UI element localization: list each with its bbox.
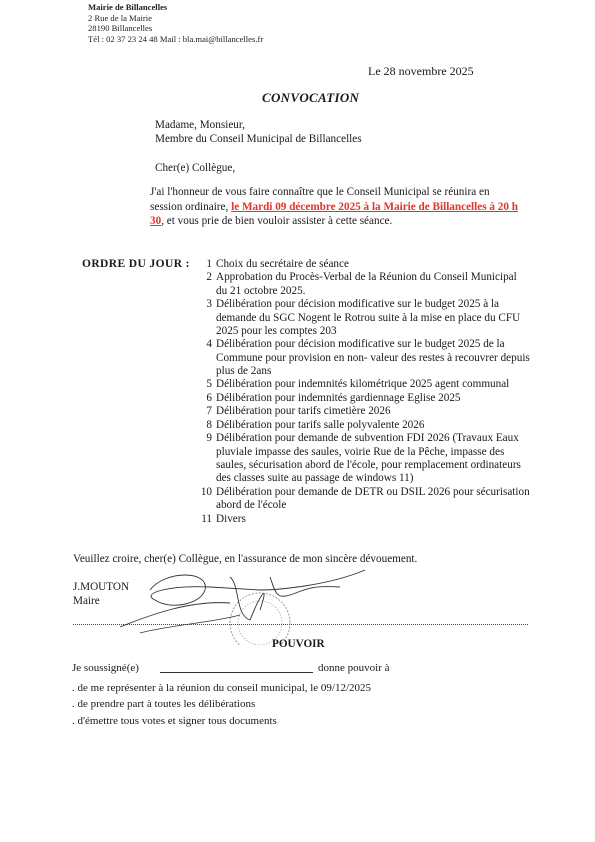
pouvoir-title: POUVOIR (272, 638, 325, 650)
document-title: CONVOCATION (262, 90, 359, 106)
signature-stamp-icon (110, 565, 370, 645)
pouvoir-bullet: . de me représenter à la réunion du cons… (72, 681, 371, 696)
salutation: Madame, Monsieur, Membre du Conseil Muni… (155, 118, 362, 146)
agenda-item-number: 8 (200, 419, 212, 432)
pouvoir-bullet-text: de prendre part à toutes les délibératio… (78, 698, 256, 710)
agenda-item-number: 2 (200, 271, 212, 298)
agenda-label: ORDRE DU JOUR : (82, 258, 190, 270)
agenda-item: 9Délibération pour demande de subvention… (200, 432, 530, 485)
name-blank-line[interactable] (160, 672, 313, 673)
letterhead-line: 2 Rue de la Mairie (88, 13, 263, 24)
agenda-item-number: 6 (200, 392, 212, 405)
pouvoir-bullet-text: de me représenter à la réunion du consei… (78, 682, 372, 694)
pouvoir-bullet: . de prendre part à toutes les délibérat… (72, 697, 371, 712)
agenda-item-text: Délibération pour décision modificative … (216, 298, 530, 338)
agenda-item: 1Choix du secrétaire de séance (200, 258, 530, 271)
agenda-item-number: 7 (200, 405, 212, 418)
agenda-item-number: 10 (200, 486, 212, 513)
agenda-item-text: Choix du secrétaire de séance (216, 258, 530, 271)
agenda-item-text: Délibération pour décision modificative … (216, 338, 530, 378)
agenda-item-text: Délibération pour tarifs cimetière 2026 (216, 405, 530, 418)
pouvoir-bullets: . de me représenter à la réunion du cons… (72, 681, 371, 730)
agenda-item-text: Délibération pour demande de DETR ou DSI… (216, 486, 530, 513)
agenda-item: 7Délibération pour tarifs cimetière 2026 (200, 405, 530, 418)
convocation-paragraph: J'ai l'honneur de vous faire connaître q… (150, 185, 520, 229)
agenda-item-number: 9 (200, 432, 212, 485)
pouvoir-bullet-text: d'émettre tous votes et signer tous docu… (78, 715, 277, 727)
agenda-item: 6Délibération pour indemnités gardiennag… (200, 392, 530, 405)
salutation-line: Madame, Monsieur, (155, 118, 362, 132)
agenda-item: 11Divers (200, 513, 530, 526)
agenda-item: 8Délibération pour tarifs salle polyvale… (200, 419, 530, 432)
pouvoir-donne: donne pouvoir à (318, 662, 389, 674)
agenda-item-number: 4 (200, 338, 212, 378)
letter-date: Le 28 novembre 2025 (368, 64, 474, 79)
closing-formula: Veuillez croire, cher(e) Collègue, en l'… (73, 553, 417, 565)
agenda-item-number: 3 (200, 298, 212, 338)
letterhead-line: Mairie de Billancelles (88, 2, 263, 13)
separator-dotted (73, 624, 528, 625)
letterhead-line: Tél : 02 37 23 24 48 Mail : bla.mai@bill… (88, 34, 263, 45)
paragraph-text: , et vous prie de bien vouloir assister … (161, 215, 392, 227)
agenda-item-text: Délibération pour demande de subvention … (216, 432, 530, 485)
agenda-item-number: 5 (200, 378, 212, 391)
agenda-item-number: 11 (200, 513, 212, 526)
letterhead-line: 28190 Billancelles (88, 23, 263, 34)
agenda-item-text: Approbation du Procès-Verbal de la Réuni… (216, 271, 530, 298)
agenda-item: 3Délibération pour décision modificative… (200, 298, 530, 338)
agenda-item-text: Délibération pour indemnités kilométriqu… (216, 378, 530, 391)
greeting: Cher(e) Collègue, (155, 162, 235, 174)
agenda-item-text: Délibération pour tarifs salle polyvalen… (216, 419, 530, 432)
letterhead: Mairie de Billancelles 2 Rue de la Mairi… (88, 2, 263, 44)
agenda-item: 2Approbation du Procès-Verbal de la Réun… (200, 271, 530, 298)
agenda-item: 5Délibération pour indemnités kilométriq… (200, 378, 530, 391)
agenda-item-text: Divers (216, 513, 530, 526)
agenda-item: 4Délibération pour décision modificative… (200, 338, 530, 378)
salutation-line: Membre du Conseil Municipal de Billancel… (155, 132, 362, 146)
agenda-item-number: 1 (200, 258, 212, 271)
agenda-item: 10Délibération pour demande de DETR ou D… (200, 486, 530, 513)
agenda-list: 1Choix du secrétaire de séance 2Approbat… (200, 258, 530, 526)
pouvoir-bullet: . d'émettre tous votes et signer tous do… (72, 714, 371, 729)
pouvoir-soussigne: Je soussigné(e) (72, 662, 139, 674)
agenda-item-text: Délibération pour indemnités gardiennage… (216, 392, 530, 405)
